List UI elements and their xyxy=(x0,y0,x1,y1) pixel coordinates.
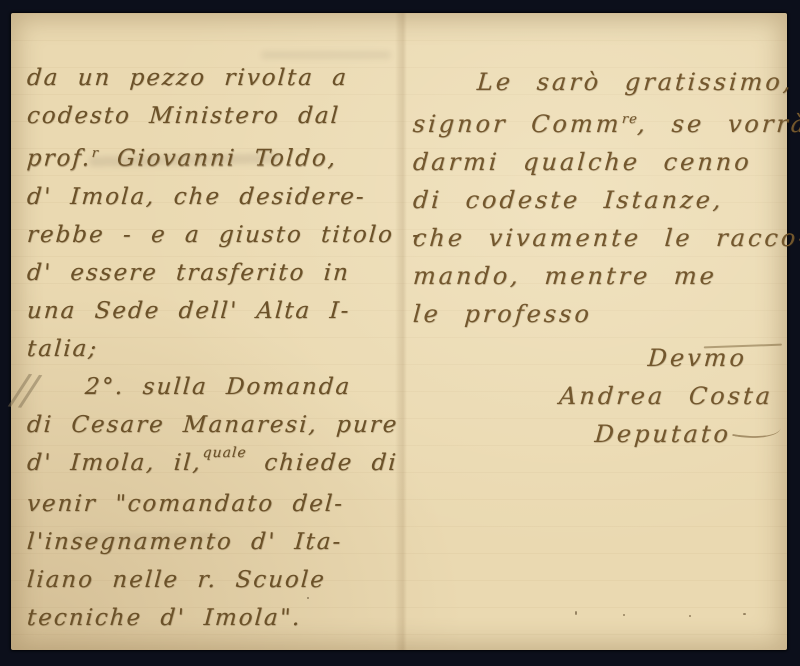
handwriting-line: 2°. sulla Domanda xyxy=(26,368,401,406)
line-segment: prof. xyxy=(26,146,92,172)
left-page: da un pezzo rivolta a codesto Ministero … xyxy=(27,59,399,637)
handwriting-line: talia; xyxy=(26,330,401,368)
line-segment: Deputato xyxy=(594,420,732,448)
line-segment: d' Imola, il, xyxy=(26,450,203,476)
handwriting-line: codesto Ministero dal xyxy=(26,97,401,135)
pen-flourish xyxy=(732,420,781,444)
signer-role: Deputato xyxy=(412,415,783,453)
handwriting-line: d' Imola, il,quale chiede di xyxy=(26,444,401,485)
ink-speck xyxy=(575,611,577,615)
line-segment: chiede di xyxy=(245,450,399,476)
handwriting-line: signor Commre, se vorrà xyxy=(412,101,783,143)
right-page: Le sarò gratissimo, signor Commre, se vo… xyxy=(413,63,781,453)
handwriting-line: prof.r Giovanni Toldo, xyxy=(26,135,401,178)
handwriting-line: rebbe - e a giusto titolo - xyxy=(26,216,401,254)
handwriting-line: le professo xyxy=(412,295,783,333)
scanned-letter-photo: // da un pezzo rivolta a codesto Ministe… xyxy=(0,0,800,666)
line-segment: , se vorrà xyxy=(637,110,800,138)
handwriting-line: Le sarò gratissimo, xyxy=(412,63,783,101)
signature: Andrea Costa xyxy=(412,377,783,415)
ink-speck xyxy=(307,597,309,599)
inserted-word: quale xyxy=(202,445,247,461)
handwriting-line: che vivamente le racco- xyxy=(412,219,783,257)
valediction: Devmo xyxy=(412,339,783,377)
letter-paper: // da un pezzo rivolta a codesto Ministe… xyxy=(11,13,787,650)
superscript-abbreviation: re xyxy=(621,112,638,127)
ink-showthrough-smudge xyxy=(261,51,391,59)
handwriting-line: liano nelle r. Scuole xyxy=(26,561,401,599)
handwriting-line: d' essere trasferito in xyxy=(26,254,401,292)
handwriting-line: l'insegnamento d' Ita- xyxy=(26,523,401,561)
handwriting-line: d' Imola, che desidere- xyxy=(26,178,401,216)
ink-speck xyxy=(623,614,625,616)
handwriting-line: una Sede dell' Alta I- xyxy=(26,292,401,330)
closing-block: Devmo Andrea Costa Deputato xyxy=(413,339,781,453)
line-segment: signor Comm xyxy=(412,110,623,138)
line-segment: Giovanni Toldo, xyxy=(98,146,338,172)
ink-speck xyxy=(689,615,691,617)
handwriting-line: tecniche d' Imola". xyxy=(26,599,401,637)
handwriting-line: venir "comandato del- xyxy=(26,485,401,523)
handwriting-line: di codeste Istanze, xyxy=(412,181,783,219)
handwriting-line: di Cesare Manaresi, pure xyxy=(26,406,401,444)
ink-speck xyxy=(743,613,746,615)
handwriting-line: darmi qualche cenno xyxy=(412,143,783,181)
line-segment: Devmo xyxy=(647,344,748,372)
handwriting-line: da un pezzo rivolta a xyxy=(26,59,401,97)
handwriting-line: mando, mentre me xyxy=(412,257,783,295)
